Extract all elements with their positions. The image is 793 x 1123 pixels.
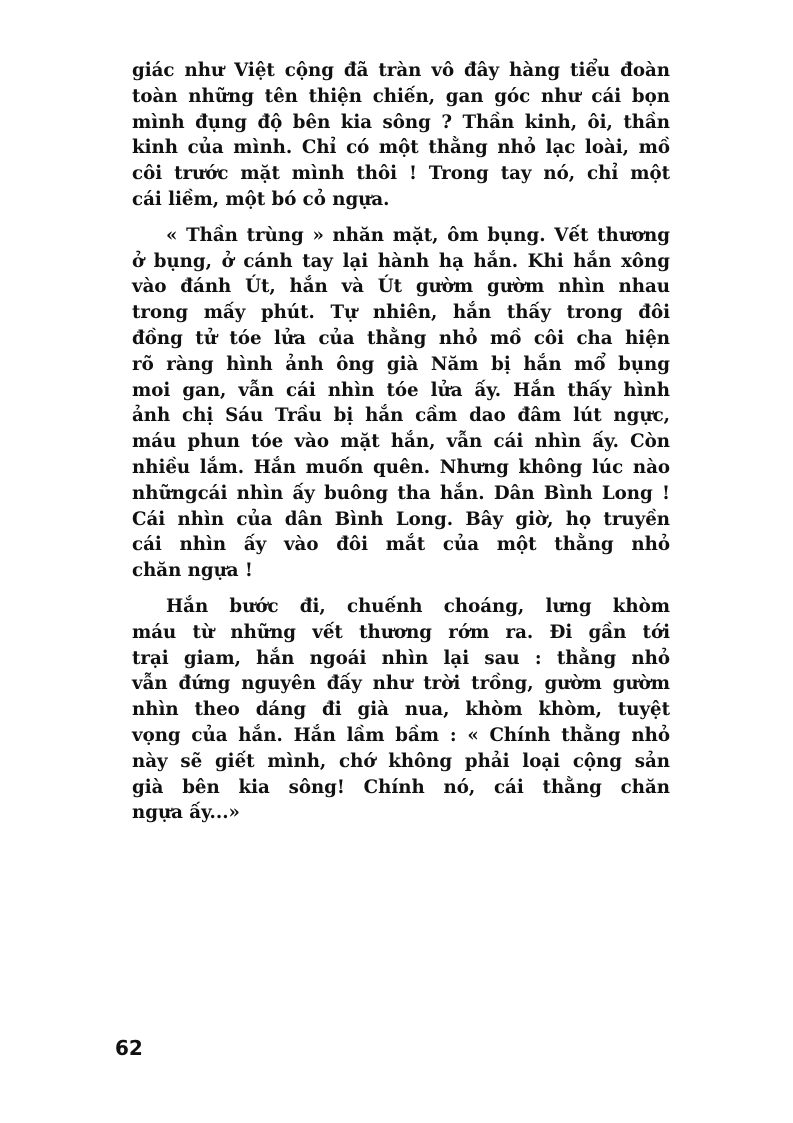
paragraph-2: « Thần trùng » nhăn mặt, ôm bụng. Vết th… [132,223,670,584]
text-line: « Thần trùng » nhăn mặt, ôm bụng. Vết th… [132,223,670,249]
text-line: vọng của hắn. Hắn lầm bầm : « Chính thằn… [132,723,670,749]
text-line: vẫn đứng nguyên đấy như trời trồng, gườm… [132,671,670,697]
text-line: chăn ngựa ! [132,558,670,584]
text-line: moi gan, vẫn cái nhìn tóe lửa ấy. Hắn th… [132,378,670,404]
text-line: ở bụng, ở cánh tay lại hành hạ hắn. Khi … [132,249,670,275]
text-line: nhữngcái nhìn ấy buông tha hắn. Dân Bình… [132,481,670,507]
text-line: đồng tử tóe lửa của thằng nhỏ mồ côi cha… [132,326,670,352]
text-line: máu phun tóe vào mặt hắn, vẫn cái nhìn ấ… [132,429,670,455]
text-line: mình đụng độ bên kia sông ? Thần kinh, ô… [132,110,670,136]
text-line: rõ ràng hình ảnh ông già Năm bị hắn mổ b… [132,352,670,378]
page-number: 62 [115,1036,143,1060]
text-line: ảnh chị Sáu Trầu bị hắn cầm dao đâm lút … [132,403,670,429]
text-line: cái nhìn ấy vào đôi mắt của một thằng nh… [132,532,670,558]
text-line: trại giam, hắn ngoái nhìn lại sau : thằn… [132,646,670,672]
text-line: kinh của mình. Chỉ có một thằng nhỏ lạc … [132,135,670,161]
text-line: nhìn theo dáng đi già nua, khòm khòm, tu… [132,697,670,723]
text-line: cái liềm, một bó cỏ ngựa. [132,187,670,213]
text-line: máu từ những vết thương rớm ra. Đi gần t… [132,620,670,646]
text-line: này sẽ giết mình, chớ không phải loại cộ… [132,749,670,775]
text-line: giác như Việt cộng đã tràn vô đây hàng t… [132,58,670,84]
text-line: ngựa ấy...» [132,800,670,826]
text-line: Cái nhìn của dân Bình Long. Bây giờ, họ … [132,507,670,533]
text-line: Hắn bước đi, chuếnh choáng, lưng khòm [132,594,670,620]
text-line: nhiều lắm. Hắn muốn quên. Nhưng không lú… [132,455,670,481]
text-line: toàn những tên thiện chiến, gan góc như … [132,84,670,110]
paragraph-1: giác như Việt cộng đã tràn vô đây hàng t… [132,58,670,213]
paragraph-3: Hắn bước đi, chuếnh choáng, lưng khòm má… [132,594,670,826]
text-line: vào đánh Út, hắn và Út gườm gườm nhìn nh… [132,274,670,300]
page-body: giác như Việt cộng đã tràn vô đây hàng t… [132,58,670,826]
text-line: côi trước mặt mình thôi ! Trong tay nó, … [132,161,670,187]
text-line: già bên kia sông! Chính nó, cái thằng ch… [132,775,670,801]
text-line: trong mấy phút. Tự nhiên, hắn thấy trong… [132,300,670,326]
